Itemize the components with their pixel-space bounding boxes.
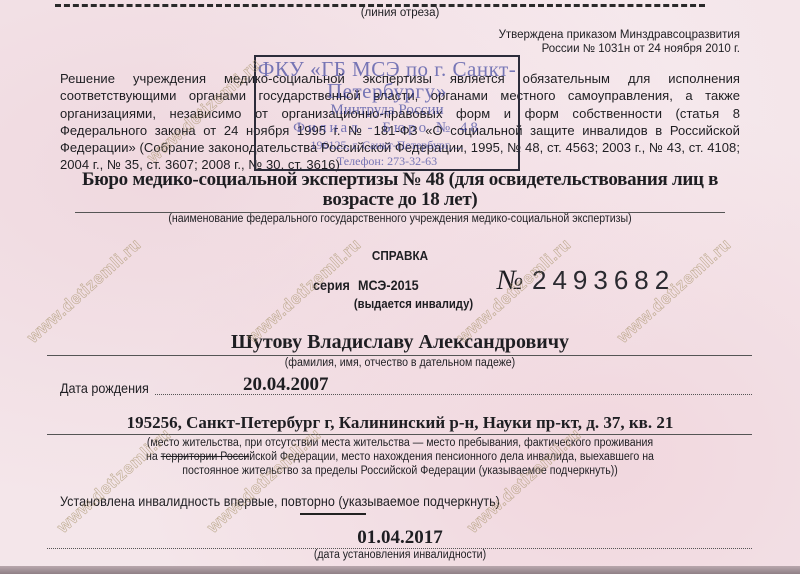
issued-to-note: (выдается инвалиду) — [40, 297, 760, 311]
legal-intro-text: Решение учреждения медико-социальной экс… — [60, 70, 740, 174]
established-hint: (дата установления инвалидности) — [32, 549, 768, 561]
series-label: серия — [313, 277, 350, 293]
address-hint-prefix: на — [146, 451, 161, 463]
address-underline — [47, 434, 752, 435]
repeat-underline-mark — [300, 513, 366, 515]
certificate-number: 2493682 — [532, 265, 675, 296]
person-name: Шутову Владиславу Александровичу — [0, 331, 800, 354]
address-hint: (место жительства, при отсутствии места … — [32, 436, 768, 478]
cut-line-label: (линия отреза) — [0, 7, 800, 19]
series-value: МСЭ-2015 — [358, 277, 419, 293]
page-bottom-edge — [0, 566, 800, 574]
approval-line-2: России № 1031н от 24 ноября 2010 г. — [499, 42, 740, 56]
address-hint-line-2: на территории Российской Федерации, мест… — [32, 450, 768, 464]
address-hint-line-3: постоянное жительство за пределы Российс… — [32, 464, 768, 478]
approval-note: Утверждена приказом Минздравсоцразвития … — [499, 28, 740, 56]
dob-value: 20.04.2007 — [243, 374, 329, 396]
person-hint: (фамилия, имя, отчество в дательном паде… — [32, 357, 768, 369]
address-hint-struck: территории Росси — [161, 451, 250, 463]
established-date: 01.04.2017 — [0, 527, 800, 549]
address-hint-rest: йской Федерации, место нахождения пенсио… — [249, 451, 654, 463]
person-underline — [47, 355, 752, 356]
approval-line-1: Утверждена приказом Минздравсоцразвития — [499, 28, 740, 42]
document-title: СПРАВКА — [40, 248, 760, 263]
number-sign: № — [497, 265, 523, 297]
bureau-name: Бюро медико-социальной экспертизы № 48 (… — [0, 170, 800, 210]
dob-label: Дата рождения — [60, 380, 149, 396]
address-hint-line-1: (место жительства, при отсутствии места … — [32, 436, 768, 450]
address-value: 195256, Санкт-Петербург г, Калининский р… — [0, 413, 800, 433]
bureau-hint: (наименование федерального государственн… — [32, 213, 768, 225]
disability-status-text: Установлена инвалидность впервые, повтор… — [60, 493, 500, 509]
